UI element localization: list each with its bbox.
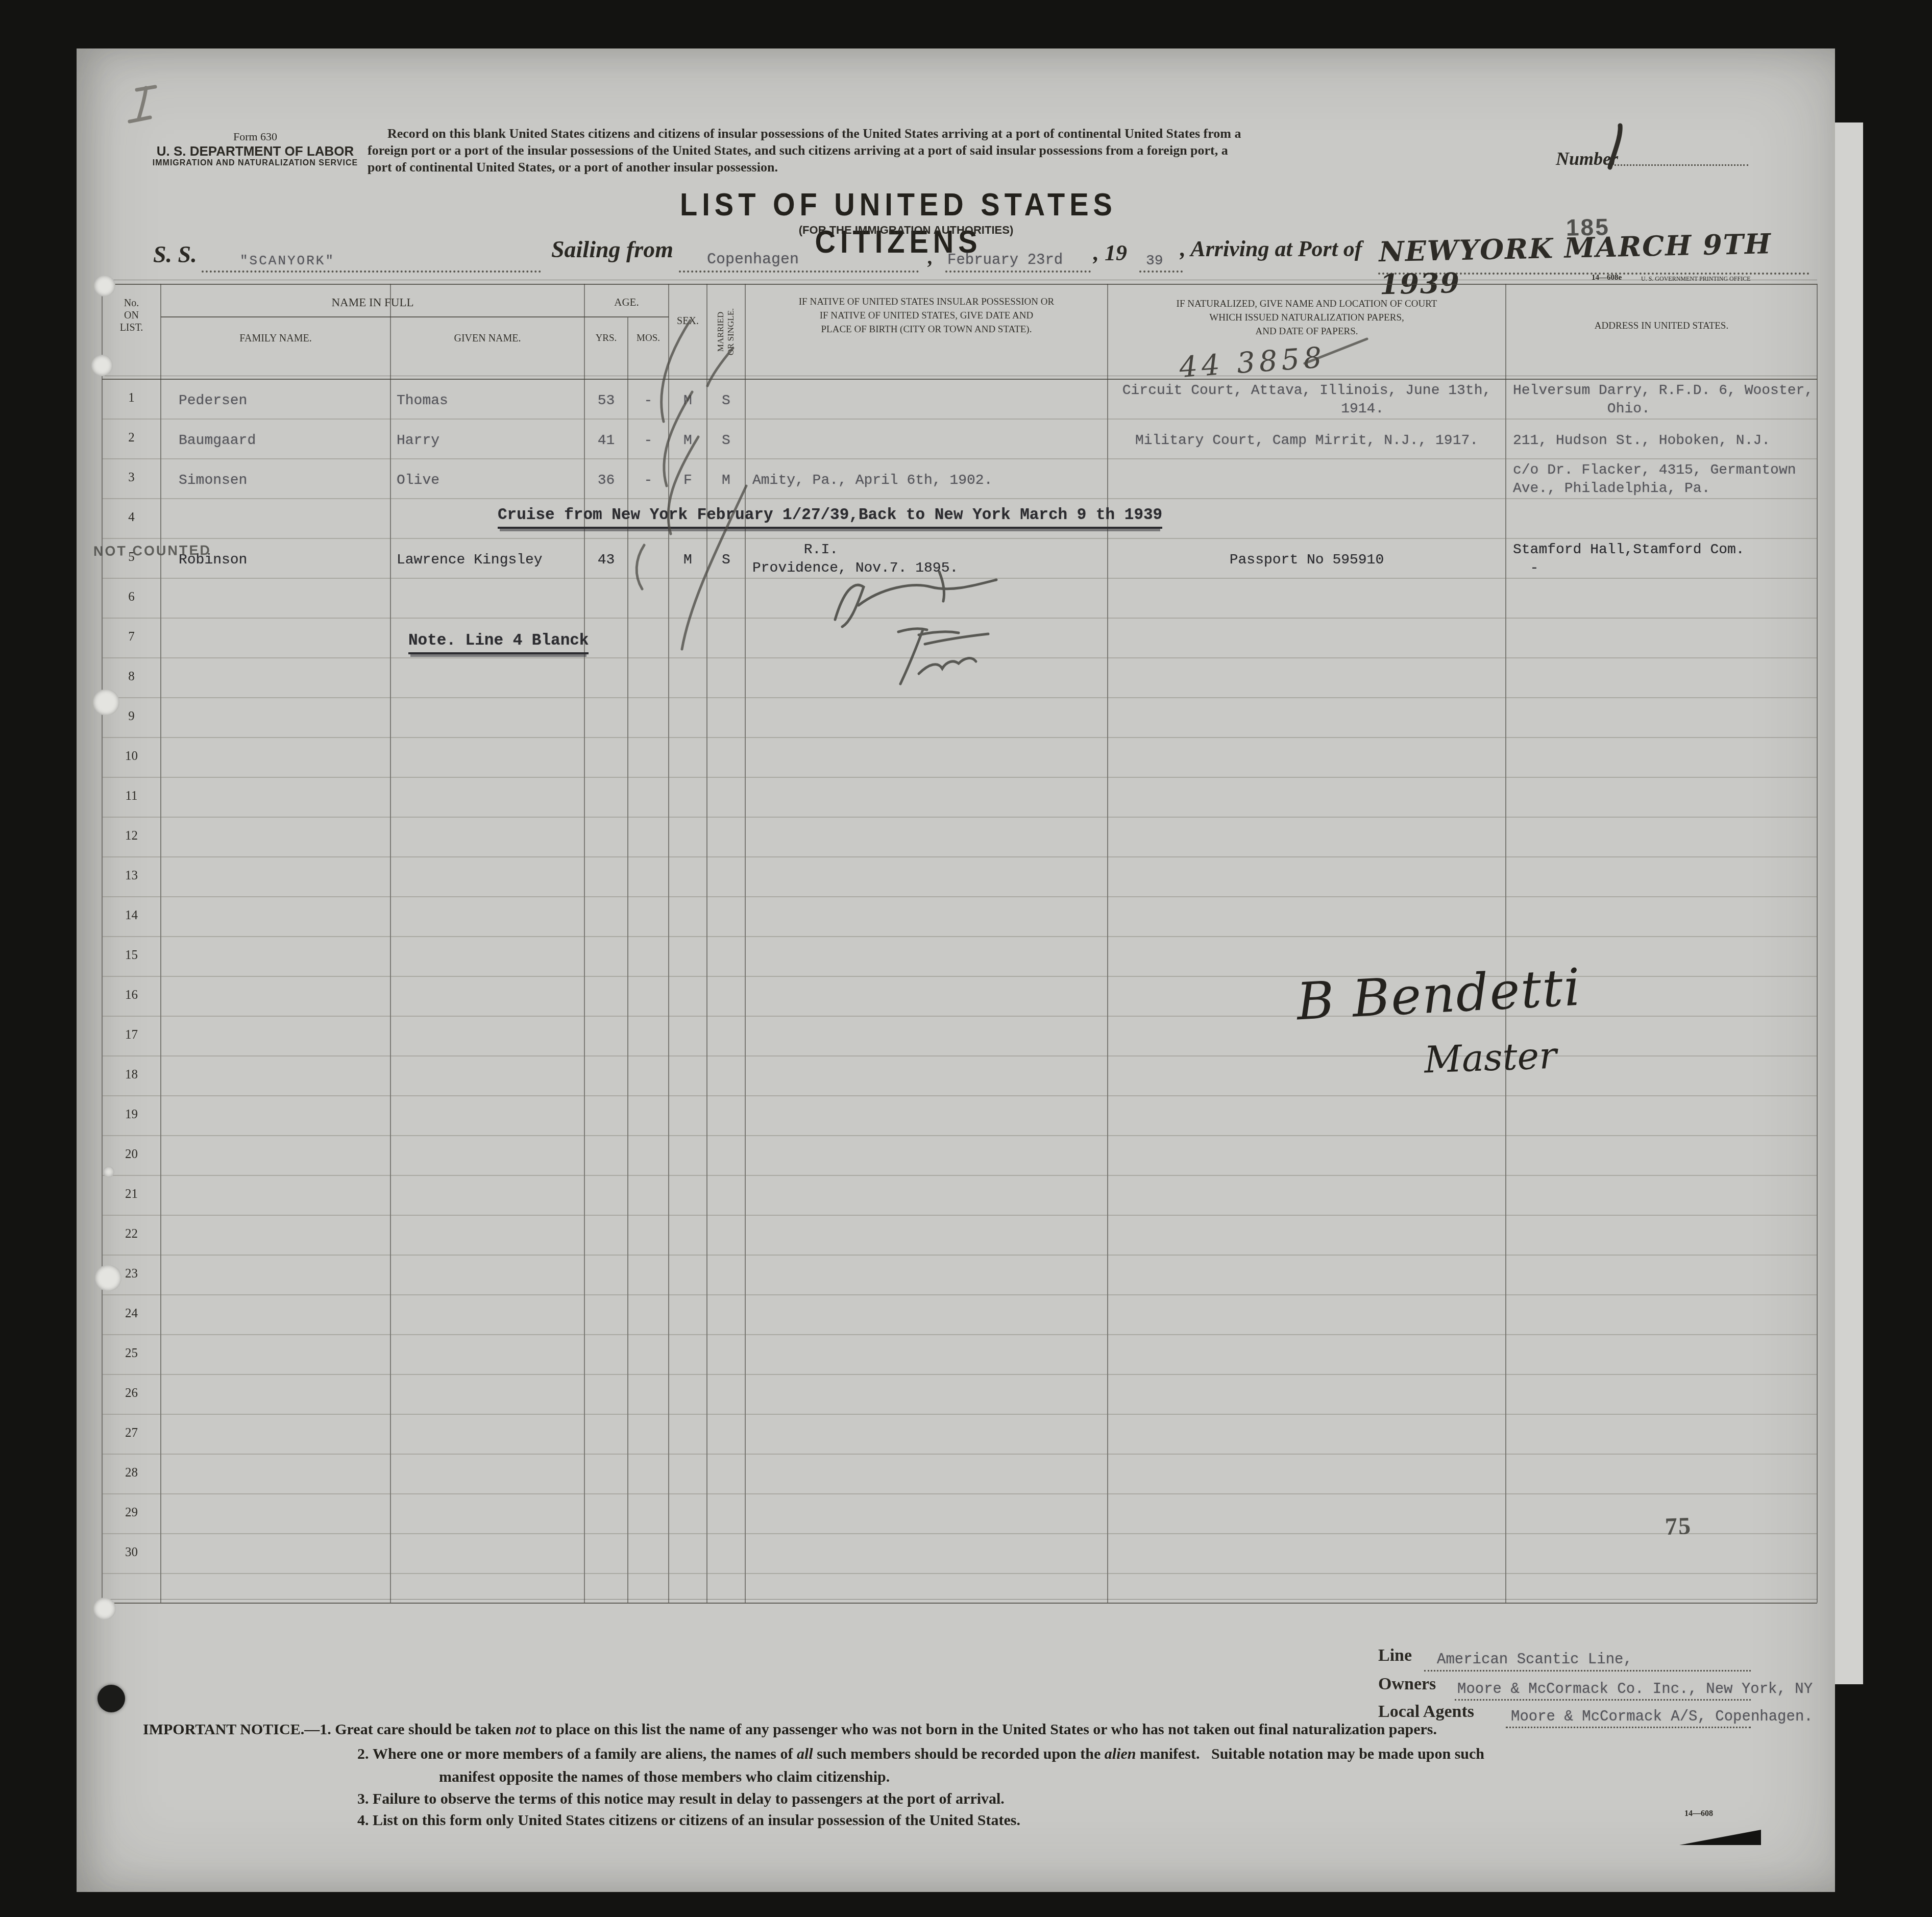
cell-line: -: [1513, 559, 1817, 578]
owners-value: Moore & McCormack Co. Inc., New York, NY: [1457, 1681, 1813, 1698]
cell-mos: -: [628, 392, 669, 410]
table-rowline: [102, 817, 1817, 818]
agents-label: Local Agents: [1378, 1702, 1474, 1722]
row-number: 21: [102, 1187, 161, 1201]
cell-line: 211, Hudson St., Hoboken, N.J.: [1513, 432, 1817, 450]
manifest-page: Form 630 U. S. DEPARTMENT OF LABOR IMMIG…: [77, 48, 1835, 1892]
table-hline: [102, 280, 1817, 280]
line-label: Line: [1378, 1646, 1412, 1665]
table-rowline: [102, 1414, 1817, 1415]
cell-yrs: 43: [584, 551, 628, 570]
cell-line: Circuit Court, Attava, Illinois, June 13…: [1108, 382, 1506, 400]
table-rowline: [102, 578, 1817, 579]
table-rowline: [102, 896, 1817, 897]
table-hline: [102, 376, 1817, 376]
backing-sheet-right-edge: [1835, 122, 1863, 1684]
row-number: 7: [102, 630, 161, 644]
table-rowline: [102, 1095, 1817, 1096]
cell-line: Passport No 595910: [1108, 551, 1506, 570]
cell-line: Olive: [397, 472, 584, 490]
row-number: 24: [102, 1307, 161, 1321]
cell-line: Harry: [397, 432, 584, 450]
table-rowline: [102, 777, 1817, 778]
row-number: 2: [102, 431, 161, 445]
table-rowline: [102, 618, 1817, 619]
cell-line: Amity, Pa., April 6th, 1902.: [752, 472, 1108, 490]
cell-given: Lawrence Kingsley: [397, 551, 584, 570]
cell-line: Military Court, Camp Mirrit, N.J., 1917.: [1108, 432, 1506, 450]
cell-sex: M: [669, 392, 707, 410]
row-number: 16: [102, 988, 161, 1002]
cell-line: Simonsen: [179, 472, 390, 490]
punch-hole: [97, 1685, 125, 1712]
cell-natural: Circuit Court, Attava, Illinois, June 13…: [1108, 382, 1506, 419]
row-number: 15: [102, 948, 161, 963]
cell-line: Providence, Nov.7. 1895.: [752, 559, 1108, 578]
table-rowline: [102, 1255, 1817, 1256]
cell-line: Lawrence Kingsley: [397, 551, 584, 570]
row-number: 18: [102, 1068, 161, 1082]
row-number: 26: [102, 1386, 161, 1400]
cell-line: Ohio.: [1513, 400, 1817, 419]
notice-line-4: 4. List on this form only United States …: [357, 1812, 1020, 1829]
cell-address: Helversum Darry, R.F.D. 6, Wooster, Ohio…: [1513, 382, 1817, 419]
notice-line-3: 3. Failure to observe the terms of this …: [357, 1790, 1005, 1808]
agents-rule: [1506, 1727, 1751, 1728]
table-rowline: [102, 538, 1817, 539]
cell-line: M: [669, 392, 707, 410]
cell-line: R.I.: [752, 541, 1108, 559]
cell-line: M: [669, 551, 707, 570]
table-rowline: [102, 1374, 1817, 1375]
cell-line: 1914.: [1108, 400, 1506, 419]
row-number: 3: [102, 471, 161, 485]
cell-married: M: [707, 472, 745, 490]
cell-line: -: [628, 432, 669, 450]
table-hline: [102, 1599, 1817, 1600]
row-number: 25: [102, 1346, 161, 1361]
cell-line: S: [707, 392, 745, 410]
cell-given: Olive: [397, 472, 584, 490]
line-rule: [1424, 1670, 1751, 1672]
cell-line: Baumgaard: [179, 432, 390, 450]
notice-line-2b: manifest opposite the names of those mem…: [439, 1768, 890, 1786]
cell-married: S: [707, 432, 745, 450]
cell-yrs: 41: [584, 432, 628, 450]
cell-line: -: [628, 392, 669, 410]
table-rowline: [102, 458, 1817, 459]
cell-family: Baumgaard: [179, 432, 390, 450]
table-rowline: [102, 1493, 1817, 1494]
cell-line: 41: [584, 432, 628, 450]
row-number: 13: [102, 869, 161, 883]
cell-line: S: [707, 551, 745, 570]
row-number: 10: [102, 749, 161, 764]
cell-natural: Military Court, Camp Mirrit, N.J., 1917.: [1108, 432, 1506, 450]
count-stamp: 75: [1665, 1512, 1692, 1541]
punch-hole: [91, 355, 113, 376]
cruise-banner-note: Cruise from New York February 1/27/39,Ba…: [498, 506, 1162, 529]
table-rowline: [102, 1135, 1817, 1136]
row-number: 27: [102, 1426, 161, 1440]
row-number: 22: [102, 1227, 161, 1241]
agents-value: Moore & McCormack A/S, Copenhagen.: [1511, 1708, 1813, 1725]
punch-hole: [103, 1166, 114, 1177]
cell-line: M: [669, 432, 707, 450]
table-rowline: [102, 1055, 1817, 1056]
cell-line: M: [707, 472, 745, 490]
row-number: 6: [102, 590, 161, 604]
owners-rule: [1455, 1699, 1751, 1701]
row-number: 4: [102, 510, 161, 525]
owners-label: Owners: [1378, 1675, 1436, 1694]
cell-line: Pedersen: [179, 392, 390, 410]
row-number: 12: [102, 829, 161, 843]
row-number: 8: [102, 670, 161, 684]
table-rowline: [102, 1454, 1817, 1455]
table-hline: [102, 1603, 1817, 1604]
line-value: American Scantic Line,: [1437, 1651, 1632, 1668]
row-number: 17: [102, 1028, 161, 1042]
line4-blank-note: Note. Line 4 Blanck: [408, 632, 589, 654]
table-rowline: [102, 936, 1817, 937]
notice-line-2: 2. Where one or more members of a family…: [357, 1746, 1484, 1763]
row-number: 28: [102, 1466, 161, 1480]
punch-hole: [95, 1265, 121, 1291]
table-hline: [102, 379, 1817, 380]
cell-sex: F: [669, 472, 707, 490]
cell-mos: -: [628, 432, 669, 450]
cell-line: 53: [584, 392, 628, 410]
table-rowline: [102, 1294, 1817, 1295]
row-number: 29: [102, 1506, 161, 1520]
table-rowline: [102, 1334, 1817, 1335]
cell-line: c/o Dr. Flacker, 4315, Germantown: [1513, 461, 1817, 480]
table-rowline: [102, 1573, 1817, 1574]
row-number: 14: [102, 908, 161, 923]
table-rowline: [102, 419, 1817, 420]
cell-sex: M: [669, 432, 707, 450]
cell-line: S: [707, 432, 745, 450]
table-vline: [1505, 284, 1506, 1603]
cell-birth: Amity, Pa., April 6th, 1902.: [752, 472, 1108, 490]
table-rowline: [102, 1215, 1817, 1216]
cell-line: F: [669, 472, 707, 490]
cell-line: 36: [584, 472, 628, 490]
table-hline: [102, 284, 1817, 285]
cell-mos: -: [628, 472, 669, 490]
punch-hole: [93, 689, 119, 716]
cell-yrs: 36: [584, 472, 628, 490]
table-rowline: [102, 856, 1817, 857]
cell-given: Thomas: [397, 392, 584, 410]
row-number: 19: [102, 1108, 161, 1122]
cell-family: Simonsen: [179, 472, 390, 490]
row-number: 30: [102, 1545, 161, 1560]
cell-married: S: [707, 551, 745, 570]
row-number: 11: [102, 789, 161, 803]
cell-yrs: 53: [584, 392, 628, 410]
cell-address: 211, Hudson St., Hoboken, N.J.: [1513, 432, 1817, 450]
cell-line: 43: [584, 551, 628, 570]
print-code-bottom: 14—608: [1684, 1809, 1713, 1818]
row-number: 1: [102, 391, 161, 405]
not-counted-stamp: NOT COUNTED: [93, 543, 211, 559]
scanned-manifest: Form 630 U. S. DEPARTMENT OF LABOR IMMIG…: [0, 0, 1932, 1917]
cell-married: S: [707, 392, 745, 410]
table-rowline: [102, 737, 1817, 738]
table-rowline: [102, 1533, 1817, 1534]
cell-address: Stamford Hall,Stamford Com. -: [1513, 541, 1817, 578]
table-rowline: [102, 657, 1817, 658]
notice-line-1: IMPORTANT NOTICE.—1. Great care should b…: [143, 1721, 1437, 1738]
punch-hole: [94, 275, 115, 297]
cell-natural: Passport No 595910: [1108, 551, 1506, 570]
cell-address: c/o Dr. Flacker, 4315, GermantownAve., P…: [1513, 461, 1817, 498]
cell-line: -: [628, 472, 669, 490]
master-title: Master: [1424, 1034, 1557, 1081]
cell-sex: M: [669, 551, 707, 570]
cell-family: Pedersen: [179, 392, 390, 410]
table-rowline: [102, 498, 1817, 499]
cell-line: Ave., Philadelphia, Pa.: [1513, 480, 1817, 498]
table-rowline: [102, 697, 1817, 698]
cell-line: Helversum Darry, R.F.D. 6, Wooster,: [1513, 382, 1817, 400]
cell-line: Stamford Hall,Stamford Com.: [1513, 541, 1817, 559]
table-rowline: [102, 1175, 1817, 1176]
row-number: 20: [102, 1147, 161, 1162]
cell-line: Thomas: [397, 392, 584, 410]
cell-birth: R.I.Providence, Nov.7. 1895.: [752, 541, 1108, 578]
punch-hole: [93, 1597, 116, 1620]
cell-given: Harry: [397, 432, 584, 450]
